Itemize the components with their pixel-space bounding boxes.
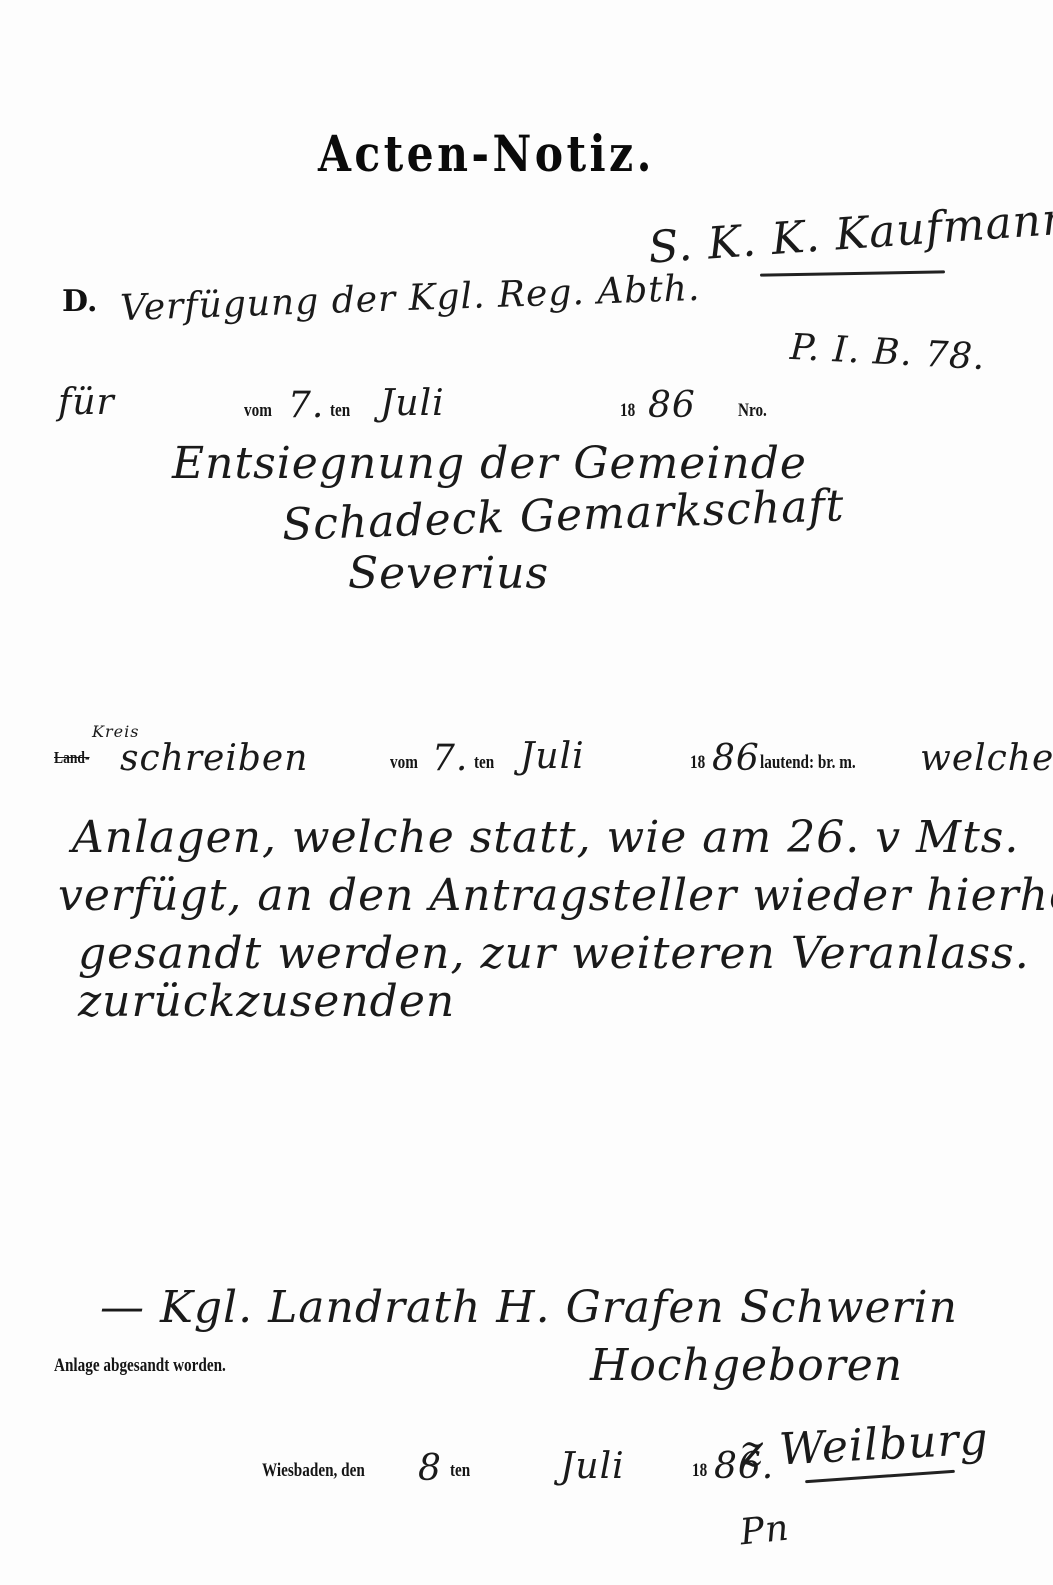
recipient-line-2: Hochgeboren xyxy=(590,1340,903,1391)
date-line-1-vom: vom xyxy=(244,400,272,422)
body-line-2: verfügt, an den Antragsteller wieder hie… xyxy=(58,870,1053,921)
subject-line-1: Entsiegnung der Gemeinde xyxy=(172,438,807,489)
body-line-3: gesandt werden, zur weiteren Veranlass. xyxy=(78,928,1030,979)
document-title: Acten-Notiz. xyxy=(318,124,655,183)
body-year-prefix: 18 xyxy=(690,752,705,774)
body-line-0: welche xyxy=(920,738,1053,779)
date-line-1-year-prefix: 18 xyxy=(620,400,635,422)
body-vom: vom xyxy=(390,752,418,774)
body-line-1: Anlagen, welche statt, wie am 26. v Mts. xyxy=(72,812,1019,863)
header-prefix-d: D. xyxy=(62,284,97,319)
date-line-1-month: Juli xyxy=(380,383,445,424)
body-day: 7. xyxy=(432,738,468,779)
closing-place: Wiesbaden, den xyxy=(262,1460,365,1482)
body-month: Juli xyxy=(520,736,585,777)
document-page: Acten-Notiz. S. K. K. Kaufmann D. Verfüg… xyxy=(0,0,1053,1585)
subject-line-3: Severius xyxy=(348,548,549,599)
body-handwritten-prefix: schreiben xyxy=(120,738,308,779)
closing-month: Juli xyxy=(560,1446,625,1487)
header-handwritten: Verfügung der Kgl. Reg. Abth. xyxy=(119,268,701,329)
body-ten: ten xyxy=(474,752,494,774)
date-line-1-ten: ten xyxy=(330,400,350,422)
closing-ten: ten xyxy=(450,1460,470,1482)
closing-day: 8 xyxy=(418,1448,442,1489)
attachment-note: Anlage abgesandt worden. xyxy=(54,1355,226,1377)
date-line-1-prefix: für xyxy=(58,382,115,423)
recipient-line-3: z Weilburg xyxy=(739,1414,990,1478)
date-line-1-year-suffix: 86 xyxy=(648,385,696,426)
recipient-line-1: — Kgl. Landrath H. Grafen Schwerin xyxy=(100,1282,958,1333)
date-line-1-day: 7. xyxy=(288,385,324,426)
body-line-4: zurückzusenden xyxy=(78,976,455,1027)
closing-year-prefix: 18 xyxy=(692,1460,707,1482)
addressee-underline xyxy=(760,270,945,276)
addressee-handwritten: S. K. K. Kaufmann xyxy=(647,193,1053,273)
date-line-1-nro: Nro. xyxy=(738,400,767,422)
body-lautend: lautend: br. m. xyxy=(760,752,856,774)
closing-year-suffix: 86. xyxy=(714,1446,774,1487)
reference-number: P. I. B. 78. xyxy=(789,327,986,378)
body-struck-label: Land- xyxy=(54,748,90,768)
initials: Pn xyxy=(738,1508,791,1554)
subject-line-2: Schadeck Gemarkschaft xyxy=(281,480,845,551)
body-year-suffix: 86 xyxy=(712,738,760,779)
